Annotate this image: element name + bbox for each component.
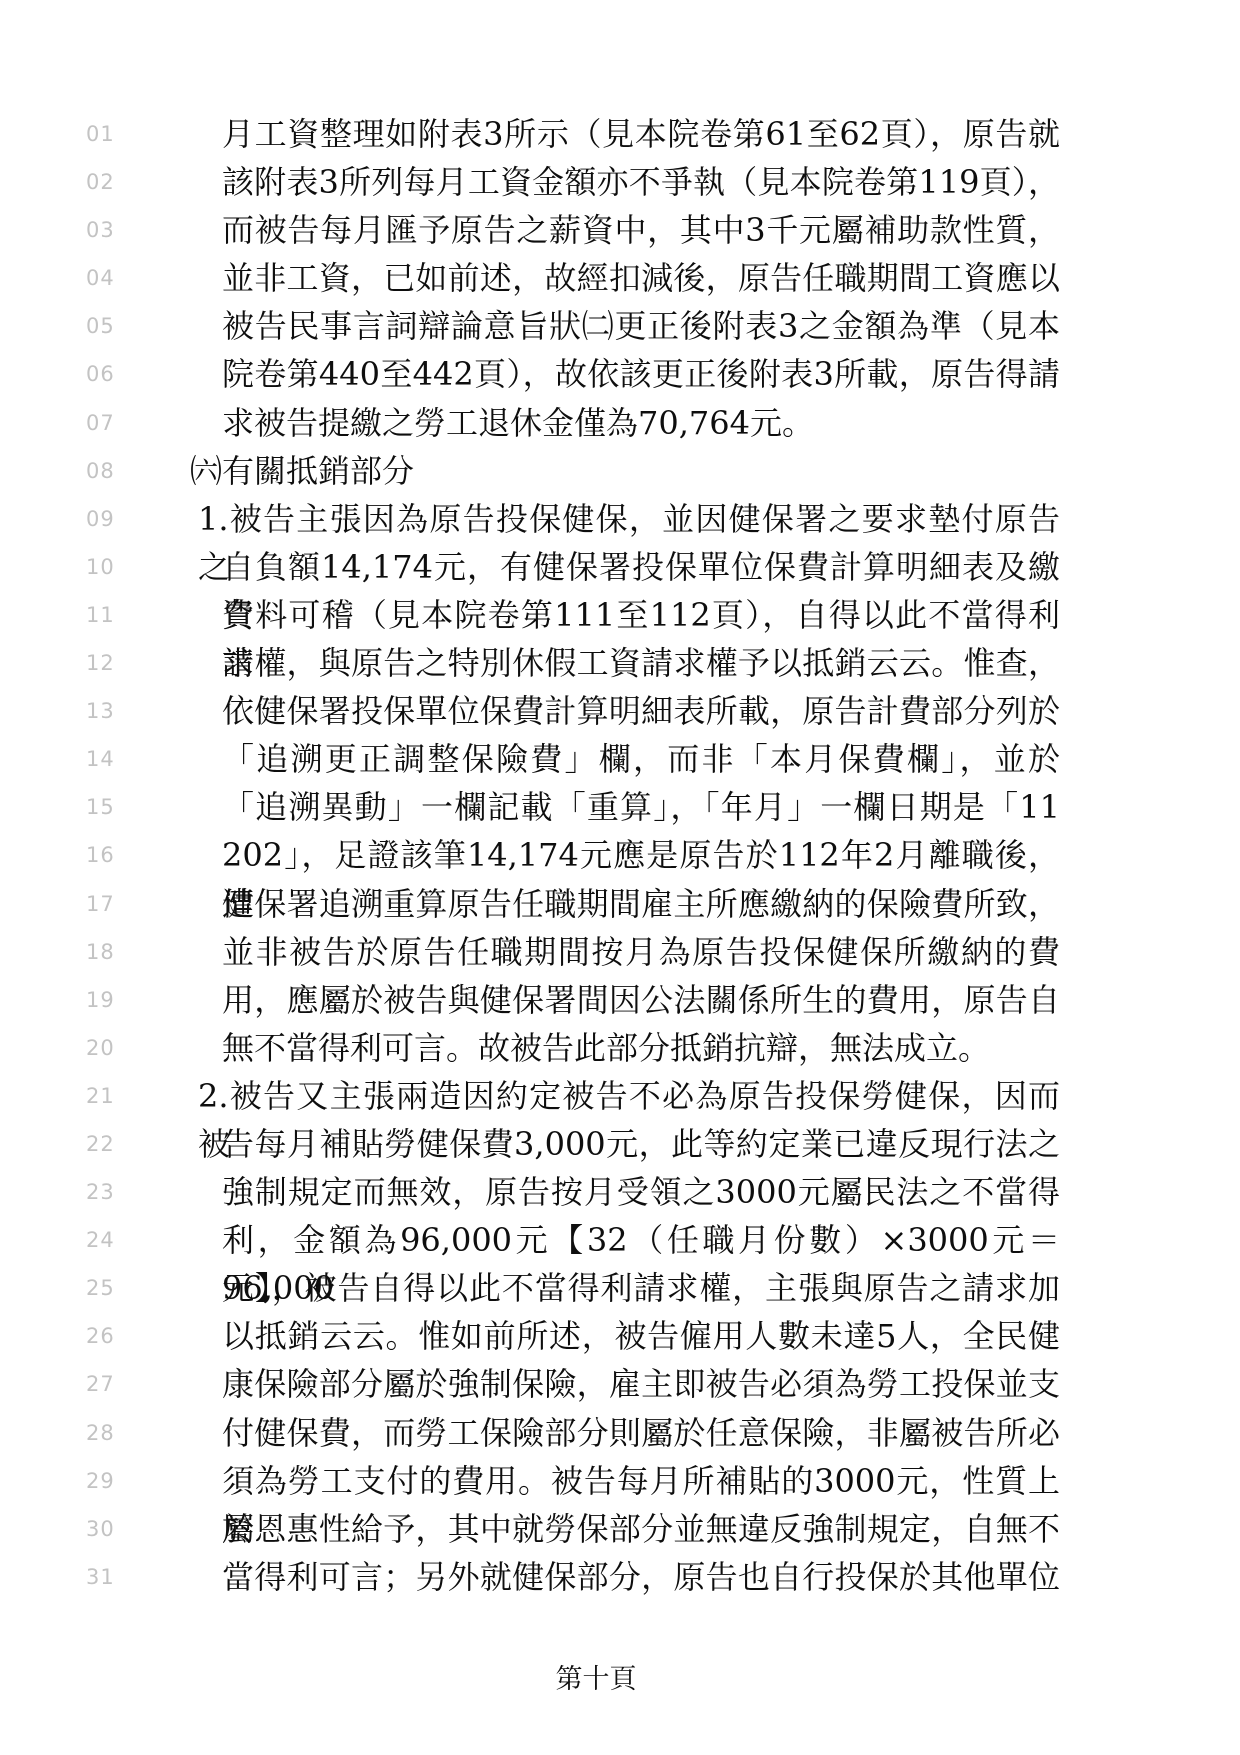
document-line: 18並非被告於原告任職期間按月為原告投保健保所繳納的費 <box>0 928 1240 976</box>
document-line: 29須為勞工支付的費用。被告每月所補貼的3000元，性質上屬 <box>0 1457 1240 1505</box>
line-number: 14 <box>86 735 115 783</box>
line-text: 被告民事言詞辯論意旨狀㈡更正後附表3之金額為準（見本 <box>190 302 1060 350</box>
page-number: 第十頁 <box>0 1660 1192 1700</box>
document-line: 28付健保費，而勞工保險部分則屬於任意保險，非屬被告所必 <box>0 1409 1240 1457</box>
line-text: 而被告每月匯予原告之薪資中，其中3千元屬補助款性質， <box>190 206 1060 254</box>
line-number: 30 <box>86 1505 115 1553</box>
line-number: 09 <box>86 495 115 543</box>
line-number: 28 <box>86 1409 115 1457</box>
document-line: 30於恩惠性給予，其中就勞保部分並無違反強制規定，自無不 <box>0 1505 1240 1553</box>
line-number: 04 <box>86 254 115 302</box>
line-text: 付健保費，而勞工保險部分則屬於任意保險，非屬被告所必 <box>190 1409 1060 1457</box>
document-line: 15「追溯異動」一欄記載「重算」，「年月」一欄日期是「11 <box>0 783 1240 831</box>
line-number: 29 <box>86 1457 115 1505</box>
document-line: 06院卷第440至442頁），故依該更正後附表3所載，原告得請 <box>0 350 1240 398</box>
line-number: 31 <box>86 1553 115 1601</box>
document-line: 10自負額14,174元，有健保署投保單位保費計算明細表及繳費 <box>0 543 1240 591</box>
document-line: 04並非工資，已如前述，故經扣減後，原告任職期間工資應以 <box>0 254 1240 302</box>
line-number: 01 <box>86 110 115 158</box>
document-line: 091.被告主張因為原告投保健保，並因健保署之要求墊付原告之 <box>0 495 1240 543</box>
line-text: 須為勞工支付的費用。被告每月所補貼的3000元，性質上屬 <box>190 1457 1060 1505</box>
line-text: 資料可稽（見本院卷第111至112頁），自得以此不當得利請 <box>190 591 1060 639</box>
line-text: 並非工資，已如前述，故經扣減後，原告任職期間工資應以 <box>190 254 1060 302</box>
line-number: 12 <box>86 639 115 687</box>
line-text: 1.被告主張因為原告投保健保，並因健保署之要求墊付原告之 <box>190 495 1060 543</box>
document-line: 12求權，與原告之特別休假工資請求權予以抵銷云云。惟查， <box>0 639 1240 687</box>
document-line: 14「追溯更正調整保險費」欄，而非「本月保費欄」，並於 <box>0 735 1240 783</box>
document-line: 25元】，被告自得以此不當得利請求權，主張與原告之請求加 <box>0 1264 1240 1312</box>
line-number: 08 <box>86 447 115 495</box>
line-number: 02 <box>86 158 115 206</box>
document-line: 01月工資整理如附表3所示（見本院卷第61至62頁），原告就 <box>0 110 1240 158</box>
document-line: 16202」，足證該筆14,174元應是原告於112年2月離職後，遭 <box>0 831 1240 879</box>
line-text: 「追溯更正調整保險費」欄，而非「本月保費欄」，並於 <box>190 735 1060 783</box>
document-line: 11資料可稽（見本院卷第111至112頁），自得以此不當得利請 <box>0 591 1240 639</box>
line-number: 22 <box>86 1120 115 1168</box>
line-number: 13 <box>86 687 115 735</box>
line-list: 01月工資整理如附表3所示（見本院卷第61至62頁），原告就02該附表3所列每月… <box>0 110 1240 1601</box>
document-line: 27康保險部分屬於強制保險，雇主即被告必須為勞工投保並支 <box>0 1360 1240 1408</box>
line-number: 18 <box>86 928 115 976</box>
document-line: 05被告民事言詞辯論意旨狀㈡更正後附表3之金額為準（見本 <box>0 302 1240 350</box>
line-text: 並非被告於原告任職期間按月為原告投保健保所繳納的費 <box>190 928 1060 976</box>
document-line: 23強制規定而無效，原告按月受領之3000元屬民法之不當得 <box>0 1168 1240 1216</box>
line-text: 月工資整理如附表3所示（見本院卷第61至62頁），原告就 <box>190 110 1060 158</box>
line-number: 15 <box>86 783 115 831</box>
line-number: 11 <box>86 591 115 639</box>
line-text: 以抵銷云云。惟如前所述，被告僱用人數未達5人，全民健 <box>190 1312 1060 1360</box>
line-number: 10 <box>86 543 115 591</box>
line-text: ㈥有關抵銷部分 <box>190 447 1060 495</box>
document-line: 20無不當得利可言。故被告此部分抵銷抗辯，無法成立。 <box>0 1024 1240 1072</box>
line-text: 院卷第440至442頁），故依該更正後附表3所載，原告得請 <box>190 350 1060 398</box>
line-number: 19 <box>86 976 115 1024</box>
line-text: 求權，與原告之特別休假工資請求權予以抵銷云云。惟查， <box>190 639 1060 687</box>
document-line: 07求被告提繳之勞工退休金僅為70,764元。 <box>0 399 1240 447</box>
line-text: 用，應屬於被告與健保署間因公法關係所生的費用，原告自 <box>190 976 1060 1024</box>
line-text: 告每月補貼勞健保費3,000元，此等約定業已違反現行法之 <box>190 1120 1060 1168</box>
line-text: 該附表3所列每月工資金額亦不爭執（見本院卷第119頁）， <box>190 158 1060 206</box>
line-text: 利，金額為96,000元【32（任職月份數）×3000元＝96,000 <box>190 1216 1060 1264</box>
line-number: 21 <box>86 1072 115 1120</box>
line-text: 當得利可言；另外就健保部分，原告也自行投保於其他單位 <box>190 1553 1060 1601</box>
line-text: 健保署追溯重算原告任職期間雇主所應繳納的保險費所致， <box>190 880 1060 928</box>
document-line: 24利，金額為96,000元【32（任職月份數）×3000元＝96,000 <box>0 1216 1240 1264</box>
line-text: 康保險部分屬於強制保險，雇主即被告必須為勞工投保並支 <box>190 1360 1060 1408</box>
document-line: 22告每月補貼勞健保費3,000元，此等約定業已違反現行法之 <box>0 1120 1240 1168</box>
line-number: 25 <box>86 1264 115 1312</box>
line-number: 03 <box>86 206 115 254</box>
document-line: 31當得利可言；另外就健保部分，原告也自行投保於其他單位 <box>0 1553 1240 1601</box>
document-line: 17健保署追溯重算原告任職期間雇主所應繳納的保險費所致， <box>0 880 1240 928</box>
line-text: 無不當得利可言。故被告此部分抵銷抗辯，無法成立。 <box>190 1024 1060 1072</box>
document-line: 08㈥有關抵銷部分 <box>0 447 1240 495</box>
line-text: 依健保署投保單位保費計算明細表所載，原告計費部分列於 <box>190 687 1060 735</box>
line-text: 「追溯異動」一欄記載「重算」，「年月」一欄日期是「11 <box>190 783 1060 831</box>
line-number: 20 <box>86 1024 115 1072</box>
document-line: 13依健保署投保單位保費計算明細表所載，原告計費部分列於 <box>0 687 1240 735</box>
line-number: 27 <box>86 1360 115 1408</box>
line-number: 24 <box>86 1216 115 1264</box>
document-line: 19用，應屬於被告與健保署間因公法關係所生的費用，原告自 <box>0 976 1240 1024</box>
line-number: 17 <box>86 880 115 928</box>
line-text: 強制規定而無效，原告按月受領之3000元屬民法之不當得 <box>190 1168 1060 1216</box>
line-number: 05 <box>86 302 115 350</box>
line-text: 元】，被告自得以此不當得利請求權，主張與原告之請求加 <box>190 1264 1060 1312</box>
line-text: 自負額14,174元，有健保署投保單位保費計算明細表及繳費 <box>190 543 1060 591</box>
line-text: 202」，足證該筆14,174元應是原告於112年2月離職後，遭 <box>190 831 1060 879</box>
line-number: 26 <box>86 1312 115 1360</box>
document-page: 01月工資整理如附表3所示（見本院卷第61至62頁），原告就02該附表3所列每月… <box>0 0 1240 1755</box>
line-text: 於恩惠性給予，其中就勞保部分並無違反強制規定，自無不 <box>190 1505 1060 1553</box>
line-number: 06 <box>86 350 115 398</box>
line-text: 2.被告又主張兩造因約定被告不必為原告投保勞健保，因而被 <box>190 1072 1060 1120</box>
line-text: 求被告提繳之勞工退休金僅為70,764元。 <box>190 399 1060 447</box>
document-line: 212.被告又主張兩造因約定被告不必為原告投保勞健保，因而被 <box>0 1072 1240 1120</box>
document-line: 03而被告每月匯予原告之薪資中，其中3千元屬補助款性質， <box>0 206 1240 254</box>
line-number: 23 <box>86 1168 115 1216</box>
line-number: 07 <box>86 399 115 447</box>
line-number: 16 <box>86 831 115 879</box>
document-line: 26以抵銷云云。惟如前所述，被告僱用人數未達5人，全民健 <box>0 1312 1240 1360</box>
document-line: 02該附表3所列每月工資金額亦不爭執（見本院卷第119頁）， <box>0 158 1240 206</box>
